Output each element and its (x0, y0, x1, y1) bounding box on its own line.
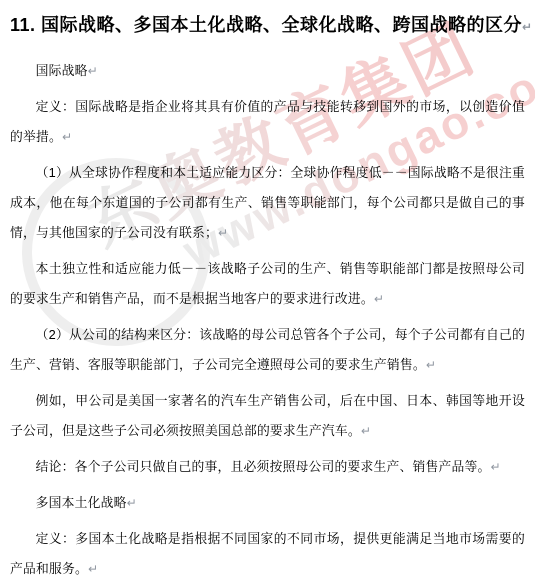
paragraph: 定义：国际战略是指企业将其具有价值的产品与技能转移到国外的市场，以创造价值的举措… (10, 92, 525, 152)
paragraph-text: 国际战略 (36, 63, 88, 78)
paragraph: 本土独立性和适应能力低－－该战略子公司的生产、销售等职能部门都是按照母公司的要求… (10, 254, 525, 314)
paragraph: 多国本土化战略↵ (10, 488, 525, 518)
paragraph-mark-icon: ↵ (374, 292, 384, 306)
paragraph-mark-icon: ↵ (522, 20, 532, 34)
paragraph-mark-icon: ↵ (62, 130, 72, 144)
paragraph: 定义：多国本土化战略是指根据不同国家的不同市场，提供更能满足当地市场需要的产品和… (10, 524, 525, 584)
paragraph: （2）从公司的结构来区分：该战略的母公司总管各个子公司，每个子公司都有自己的生产… (10, 320, 525, 380)
paragraph-text: （2）从公司的结构来区分：该战略的母公司总管各个子公司，每个子公司都有自己的生产… (10, 327, 525, 372)
paragraph-text: 结论：各个子公司只做自己的事，且必须按照母公司的要求生产、销售产品等。 (36, 459, 491, 474)
paragraph: 结论：各个子公司只做自己的事，且必须按照母公司的要求生产、销售产品等。↵ (10, 452, 525, 482)
paragraph-text: 定义：国际战略是指企业将其具有价值的产品与技能转移到国外的市场，以创造价值的举措… (10, 99, 525, 144)
paragraph-text: 多国本土化战略 (36, 495, 127, 510)
paragraph-text: 例如，甲公司是美国一家著名的汽车生产销售公司，后在中国、日本、韩国等地开设子公司… (10, 393, 525, 438)
paragraph-mark-icon: ↵ (88, 64, 98, 78)
document-title: 11. 国际战略、多国本土化战略、全球化战略、跨国战略的区分↵ (10, 12, 525, 40)
paragraph-mark-icon: ↵ (361, 424, 371, 438)
paragraph: （1）从全球协作程度和本土适应能力区分：全球协作程度低－－国际战略不是很注重成本… (10, 158, 525, 248)
paragraph-mark-icon: ↵ (88, 562, 98, 576)
paragraph-mark-icon: ↵ (490, 460, 500, 474)
paragraph-mark-icon: ↵ (127, 496, 137, 510)
paragraph-mark-icon: ↵ (426, 358, 436, 372)
paragraph-text: 本土独立性和适应能力低－－该战略子公司的生产、销售等职能部门都是按照母公司的要求… (10, 261, 525, 306)
paragraph-text: （1）从全球协作程度和本土适应能力区分：全球协作程度低－－国际战略不是很注重成本… (10, 165, 525, 240)
paragraph-list: 国际战略↵定义：国际战略是指企业将其具有价值的产品与技能转移到国外的市场，以创造… (10, 56, 525, 584)
document-page: 11. 国际战略、多国本土化战略、全球化战略、跨国战略的区分↵ 国际战略↵定义：… (0, 0, 535, 588)
paragraph: 国际战略↵ (10, 56, 525, 86)
paragraph: 例如，甲公司是美国一家著名的汽车生产销售公司，后在中国、日本、韩国等地开设子公司… (10, 386, 525, 446)
paragraph-mark-icon: ↵ (218, 226, 228, 240)
